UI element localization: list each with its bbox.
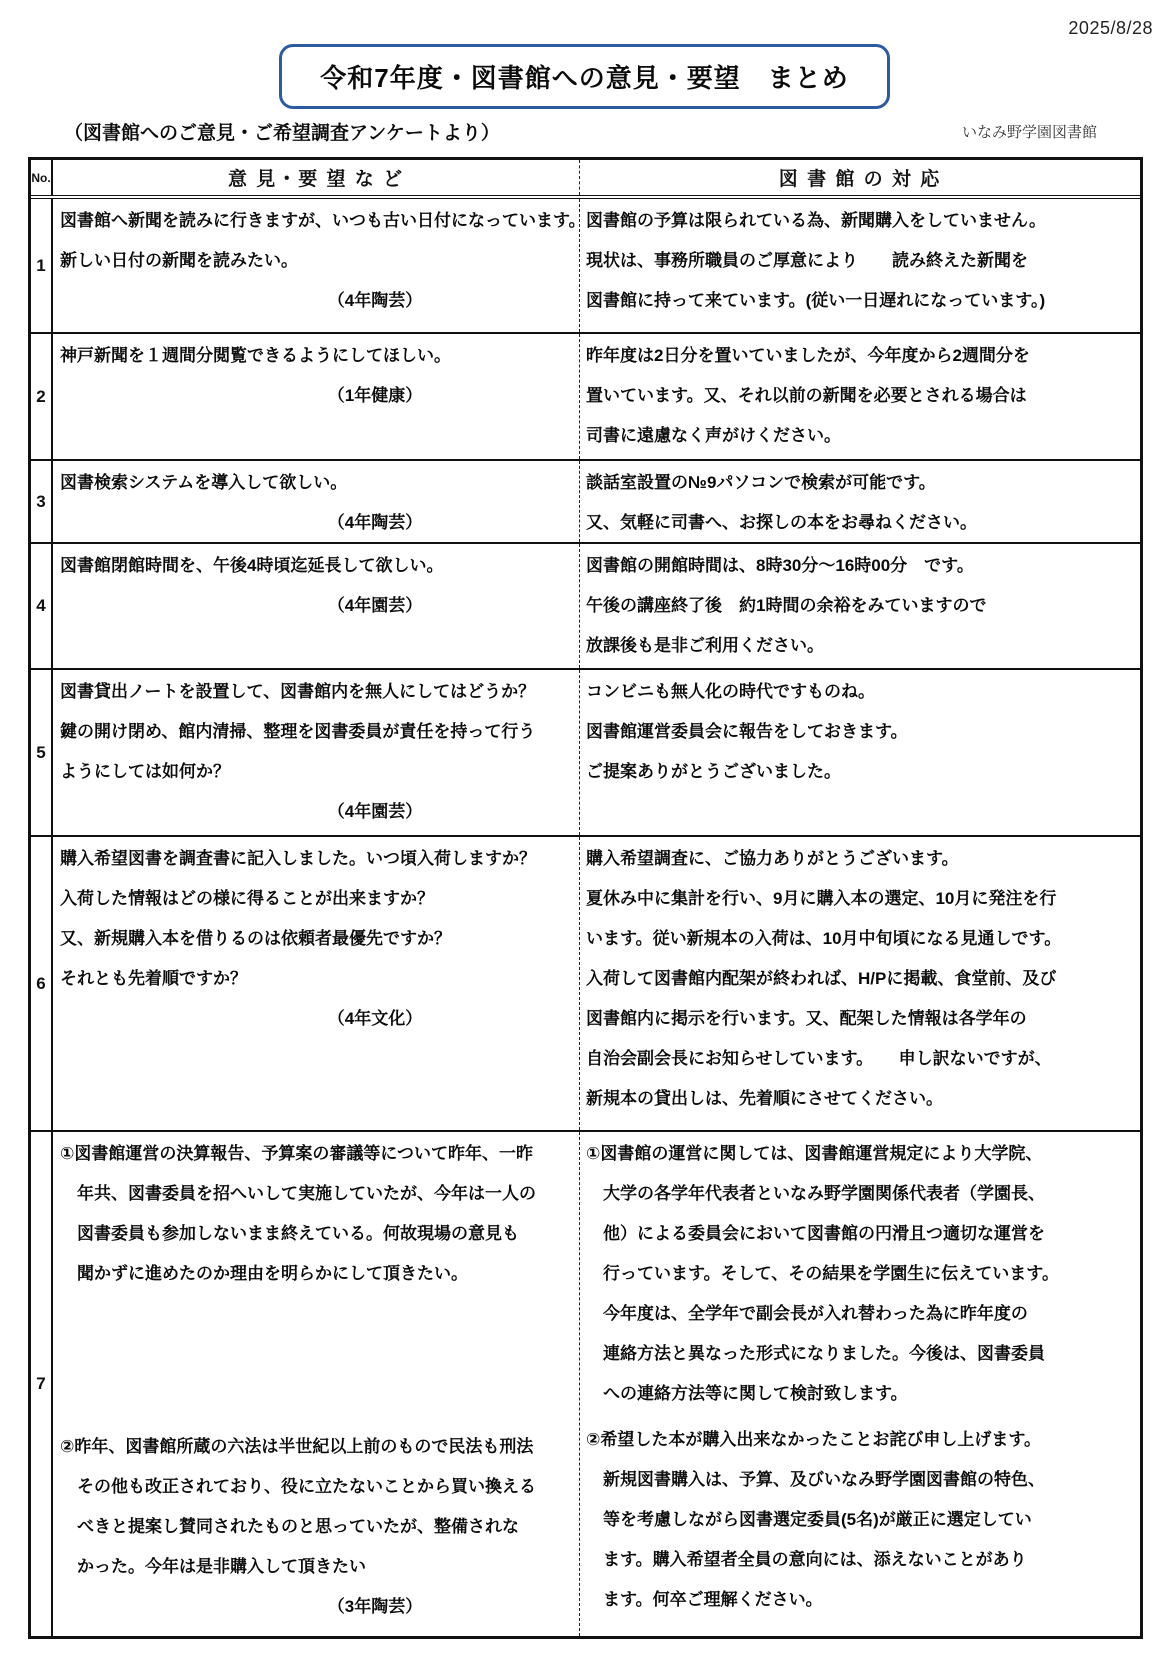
opinion-line: 聞かずに進めたのか理由を明らかにして頂きたい。 bbox=[60, 1254, 575, 1294]
response-line: 連絡方法と異なった形式になりました。今後は、図書委員 bbox=[586, 1334, 1136, 1374]
opinion-cell: 図書館閉館時間を、午後4時頃迄延長して欲しい。（4年園芸） bbox=[53, 544, 580, 668]
attribution: （1年健康） bbox=[60, 376, 575, 416]
table-body: 1図書館へ新聞を読みに行きますが、いつも古い日付になっています。新しい日付の新聞… bbox=[31, 199, 1140, 1636]
response-line: ます。購入希望者全員の意向には、添えないことがあり bbox=[586, 1540, 1136, 1580]
response-line: います。従い新規本の入荷は、10月中旬頃になる見通しです。 bbox=[586, 919, 1136, 959]
document-date: 2025/8/28 bbox=[1068, 18, 1153, 39]
library-name: いなみ野学園図書館 bbox=[962, 121, 1097, 142]
response-line: ご提案ありがとうございました。 bbox=[586, 752, 1136, 792]
response-line: 談話室設置の№9パソコンで検索が可能です。 bbox=[586, 463, 1136, 503]
response-line: 行っています。そして、その結果を学園生に伝えています。 bbox=[586, 1254, 1136, 1294]
table-row: 4図書館閉館時間を、午後4時頃迄延長して欲しい。（4年園芸）図書館の開館時間は、… bbox=[31, 542, 1140, 668]
opinion-line: 入荷した情報はどの様に得ることが出来ますか？ bbox=[60, 879, 575, 919]
response-line: ②希望した本が購入出来なかったことお詫び申し上げます。 bbox=[586, 1420, 1136, 1460]
response-block: ②希望した本が購入出来なかったことお詫び申し上げます。 新規図書購入は、予算、及… bbox=[586, 1420, 1136, 1620]
opinion-block: ①図書館運営の決算報告、予算案の審議等について昨年、一昨 年共、図書委員を招へい… bbox=[60, 1134, 575, 1294]
response-line: 図書館の開館時間は、8時30分～16時00分 です。 bbox=[586, 546, 1136, 586]
opinion-line: 図書検索システムを導入して欲しい。 bbox=[60, 463, 575, 503]
opinion-cell: 図書館へ新聞を読みに行きますが、いつも古い日付になっています。新しい日付の新聞を… bbox=[53, 199, 580, 332]
opinion-cell: 図書検索システムを導入して欲しい。（4年陶芸） bbox=[53, 461, 580, 542]
opinion-line: ②昨年、図書館所蔵の六法は半世紀以上前のもので民法も刑法 bbox=[60, 1427, 575, 1467]
opinion-cell: 購入希望図書を調査書に記入しました。いつ頃入荷しますか？入荷した情報はどの様に得… bbox=[53, 837, 580, 1130]
table-row: 2神戸新聞を１週間分閲覧できるようにしてほしい。（1年健康）昨年度は2日分を置い… bbox=[31, 332, 1140, 459]
response-block: ①図書館の運営に関しては、図書館運営規定により大学院、 大学の各学年代表者といな… bbox=[586, 1134, 1136, 1414]
table-row: 6購入希望図書を調査書に記入しました。いつ頃入荷しますか？入荷した情報はどの様に… bbox=[31, 835, 1140, 1130]
response-line: 他）による委員会において図書館の円滑且つ適切な運営を bbox=[586, 1214, 1136, 1254]
response-line: 置いています。又、それ以前の新聞を必要とされる場合は bbox=[586, 376, 1136, 416]
opinion-line: それとも先着順ですか？ bbox=[60, 959, 575, 999]
opinion-line: 年共、図書委員を招へいして実施していたが、今年は一人の bbox=[60, 1174, 575, 1214]
opinion-line: 図書館閉館時間を、午後4時頃迄延長して欲しい。 bbox=[60, 546, 575, 586]
attribution: （3年陶芸） bbox=[60, 1587, 575, 1627]
opinion-line: 又、新規購入本を借りるのは依頼者最優先ですか？ bbox=[60, 919, 575, 959]
opinion-block: 図書検索システムを導入して欲しい。（4年陶芸） bbox=[60, 463, 575, 543]
response-line: ます。何卒ご理解ください。 bbox=[586, 1580, 1136, 1620]
response-line: 図書館内に掲示を行います。又、配架した情報は各学年の bbox=[586, 999, 1136, 1039]
opinion-cell: 神戸新聞を１週間分閲覧できるようにしてほしい。（1年健康） bbox=[53, 334, 580, 459]
table-header-row: No. 意 見・要 望 な ど 図 書 館 の 対 応 bbox=[31, 160, 1140, 199]
opinion-line: べきと提案し賛同されたものと思っていたが、整備されな bbox=[60, 1507, 575, 1547]
opinions-table: No. 意 見・要 望 な ど 図 書 館 の 対 応 1図書館へ新聞を読みに行… bbox=[28, 157, 1143, 1639]
opinion-line: 図書貸出ノートを設置して、図書館内を無人にしてはどうか？ bbox=[60, 672, 575, 712]
response-line: ①図書館の運営に関しては、図書館運営規定により大学院、 bbox=[586, 1134, 1136, 1174]
response-line: 現状は、事務所職員のご厚意により 読み終えた新聞を bbox=[586, 241, 1136, 281]
response-line: 新規図書購入は、予算、及びいなみ野学園図書館の特色、 bbox=[586, 1460, 1136, 1500]
response-line: への連絡方法等に関して検討致します。 bbox=[586, 1374, 1136, 1414]
response-line: 新規本の貸出しは、先着順にさせてください。 bbox=[586, 1079, 1136, 1119]
header-response: 図 書 館 の 対 応 bbox=[580, 160, 1140, 195]
attribution: （4年園芸） bbox=[60, 792, 575, 832]
response-cell: ①図書館の運営に関しては、図書館運営規定により大学院、 大学の各学年代表者といな… bbox=[580, 1132, 1140, 1636]
response-line: 自治会副会長にお知らせしています。 申し訳ないですが、 bbox=[586, 1039, 1136, 1079]
opinion-cell: 図書貸出ノートを設置して、図書館内を無人にしてはどうか？鍵の開け閉め、館内清掃、… bbox=[53, 670, 580, 835]
response-block: コンビニも無人化の時代ですものね。図書館運営委員会に報告をしておきます。ご提案あ… bbox=[586, 672, 1136, 792]
attribution: （4年園芸） bbox=[60, 586, 575, 626]
opinion-line: ①図書館運営の決算報告、予算案の審議等について昨年、一昨 bbox=[60, 1134, 575, 1174]
response-block: 談話室設置の№9パソコンで検索が可能です。又、気軽に司書へ、お探しの本をお尋ねく… bbox=[586, 463, 1136, 543]
row-number: 3 bbox=[31, 461, 53, 542]
response-line: 購入希望調査に、ご協力ありがとうございます。 bbox=[586, 839, 1136, 879]
row-number: 4 bbox=[31, 544, 53, 668]
response-line: 放課後も是非ご利用ください。 bbox=[586, 626, 1136, 666]
response-line: 大学の各学年代表者といなみ野学園関係代表者（学園長、 bbox=[586, 1174, 1136, 1214]
response-block: 図書館の予算は限られている為、新聞購入をしていません。現状は、事務所職員のご厚意… bbox=[586, 201, 1136, 321]
opinion-block: ②昨年、図書館所蔵の六法は半世紀以上前のもので民法も刑法 その他も改正されており… bbox=[60, 1427, 575, 1627]
table-row: 1図書館へ新聞を読みに行きますが、いつも古い日付になっています。新しい日付の新聞… bbox=[31, 199, 1140, 332]
response-line: 図書館の予算は限られている為、新聞購入をしていません。 bbox=[586, 201, 1136, 241]
row-number: 7 bbox=[31, 1132, 53, 1636]
row-number: 6 bbox=[31, 837, 53, 1130]
response-cell: 購入希望調査に、ご協力ありがとうございます。夏休み中に集計を行い、9月に購入本の… bbox=[580, 837, 1140, 1130]
response-cell: 図書館の予算は限られている為、新聞購入をしていません。現状は、事務所職員のご厚意… bbox=[580, 199, 1140, 332]
opinion-block: 神戸新聞を１週間分閲覧できるようにしてほしい。（1年健康） bbox=[60, 336, 575, 416]
document-page: 2025/8/28 令和7年度・図書館への意見・要望 まとめ （図書館へのご意見… bbox=[0, 0, 1169, 1653]
response-line: 司書に遠慮なく声がけください。 bbox=[586, 416, 1136, 456]
response-line: 昨年度は2日分を置いていましたが、今年度から2週間分を bbox=[586, 336, 1136, 376]
opinion-block: 図書館へ新聞を読みに行きますが、いつも古い日付になっています。新しい日付の新聞を… bbox=[60, 201, 575, 321]
survey-source-note: （図書館へのご意見・ご希望調査アンケートより） bbox=[64, 118, 500, 145]
response-cell: 談話室設置の№9パソコンで検索が可能です。又、気軽に司書へ、お探しの本をお尋ねく… bbox=[580, 461, 1140, 542]
response-line: 午後の講座終了後 約1時間の余裕をみていますので bbox=[586, 586, 1136, 626]
row-number: 5 bbox=[31, 670, 53, 835]
response-block: 図書館の開館時間は、8時30分～16時00分 です。午後の講座終了後 約1時間の… bbox=[586, 546, 1136, 666]
response-cell: コンビニも無人化の時代ですものね。図書館運営委員会に報告をしておきます。ご提案あ… bbox=[580, 670, 1140, 835]
opinion-line: 図書委員も参加しないまま終えている。何故現場の意見も bbox=[60, 1214, 575, 1254]
row-number: 1 bbox=[31, 199, 53, 332]
opinion-block: 図書館閉館時間を、午後4時頃迄延長して欲しい。（4年園芸） bbox=[60, 546, 575, 626]
opinion-block: 購入希望図書を調査書に記入しました。いつ頃入荷しますか？入荷した情報はどの様に得… bbox=[60, 839, 575, 1039]
opinion-line: かった。今年は是非購入して頂きたい bbox=[60, 1547, 575, 1587]
page-title: 令和7年度・図書館への意見・要望 まとめ bbox=[279, 44, 889, 109]
response-line: 又、気軽に司書へ、お探しの本をお尋ねください。 bbox=[586, 503, 1136, 543]
header-opinion: 意 見・要 望 な ど bbox=[53, 160, 580, 195]
row-number: 2 bbox=[31, 334, 53, 459]
attribution: （4年陶芸） bbox=[60, 503, 575, 543]
response-block: 購入希望調査に、ご協力ありがとうございます。夏休み中に集計を行い、9月に購入本の… bbox=[586, 839, 1136, 1119]
table-row: 3図書検索システムを導入して欲しい。（4年陶芸）談話室設置の№9パソコンで検索が… bbox=[31, 459, 1140, 542]
table-row: 5図書貸出ノートを設置して、図書館内を無人にしてはどうか？鍵の開け閉め、館内清掃… bbox=[31, 668, 1140, 835]
header-no: No. bbox=[31, 160, 53, 195]
table-row: 7①図書館運営の決算報告、予算案の審議等について昨年、一昨 年共、図書委員を招へ… bbox=[31, 1130, 1140, 1636]
title-row: 令和7年度・図書館への意見・要望 まとめ bbox=[0, 44, 1169, 109]
opinion-line: 図書館へ新聞を読みに行きますが、いつも古い日付になっています。 bbox=[60, 201, 575, 241]
response-line: 図書館に持って来ています。(従い一日遅れになっています。) bbox=[586, 281, 1136, 321]
response-cell: 図書館の開館時間は、8時30分～16時00分 です。午後の講座終了後 約1時間の… bbox=[580, 544, 1140, 668]
response-line: 等を考慮しながら図書選定委員(5名)が厳正に選定してい bbox=[586, 1500, 1136, 1540]
opinion-line: 新しい日付の新聞を読みたい。 bbox=[60, 241, 575, 281]
opinion-line: 神戸新聞を１週間分閲覧できるようにしてほしい。 bbox=[60, 336, 575, 376]
response-line: 今年度は、全学年で副会長が入れ替わった為に昨年度の bbox=[586, 1294, 1136, 1334]
opinion-line: その他も改正されており、役に立たないことから買い換える bbox=[60, 1467, 575, 1507]
opinion-line: 購入希望図書を調査書に記入しました。いつ頃入荷しますか？ bbox=[60, 839, 575, 879]
opinion-line: 鍵の開け閉め、館内清掃、整理を図書委員が責任を持って行う bbox=[60, 712, 575, 752]
response-line: 夏休み中に集計を行い、9月に購入本の選定、10月に発注を行 bbox=[586, 879, 1136, 919]
attribution: （4年文化） bbox=[60, 999, 575, 1039]
response-line: 図書館運営委員会に報告をしておきます。 bbox=[586, 712, 1136, 752]
response-line: 入荷して図書館内配架が終われば、H/Pに掲載、食堂前、及び bbox=[586, 959, 1136, 999]
response-cell: 昨年度は2日分を置いていましたが、今年度から2週間分を置いています。又、それ以前… bbox=[580, 334, 1140, 459]
opinion-line: ようにしては如何か？ bbox=[60, 752, 575, 792]
attribution: （4年陶芸） bbox=[60, 281, 575, 321]
opinion-cell: ①図書館運営の決算報告、予算案の審議等について昨年、一昨 年共、図書委員を招へい… bbox=[53, 1132, 580, 1636]
response-block: 昨年度は2日分を置いていましたが、今年度から2週間分を置いています。又、それ以前… bbox=[586, 336, 1136, 456]
opinion-block: 図書貸出ノートを設置して、図書館内を無人にしてはどうか？鍵の開け閉め、館内清掃、… bbox=[60, 672, 575, 832]
response-line: コンビニも無人化の時代ですものね。 bbox=[586, 672, 1136, 712]
